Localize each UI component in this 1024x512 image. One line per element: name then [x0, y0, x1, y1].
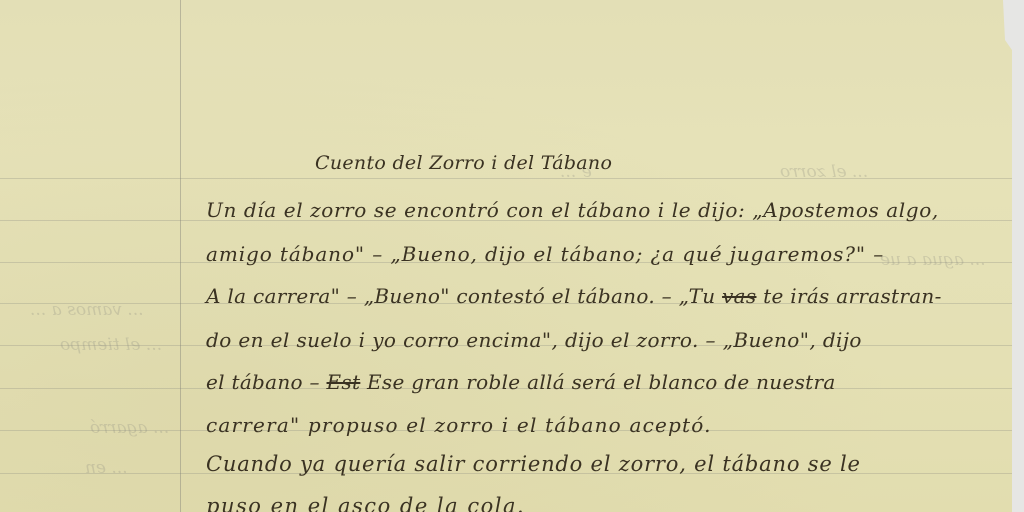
margin-line: [180, 0, 181, 512]
manuscript-line-6: carrera" propuso el zorro i el tábano ac…: [206, 413, 712, 437]
manuscript-title: Cuento del Zorro i del Tábano: [315, 152, 612, 174]
manuscript-line-4: do en el suelo i yo corro encima", dijo …: [206, 328, 862, 352]
manuscript-line-5-text: el tábano –: [206, 370, 320, 394]
manuscript-line-3: A la carrera" – „Bueno" contestó el tába…: [206, 284, 942, 308]
bleed-through-text: ... agua a ue: [880, 250, 986, 270]
bleed-through-text: ... en: [85, 458, 128, 478]
manuscript-line-5: el tábano – Est Ese gran roble allá será…: [206, 370, 836, 394]
manuscript-line-3-continued: te irás arrastran-: [763, 284, 942, 308]
bleed-through-text: ... vamos a ...: [30, 300, 144, 320]
bleed-through-text: ... el tiempo: [60, 335, 162, 355]
manuscript-line-7: Cuando ya quería salir corriendo el zorr…: [206, 452, 861, 476]
manuscript-line-1: Un día el zorro se encontró con el tában…: [206, 198, 939, 222]
bleed-through-text: ... el zorro: [780, 162, 868, 182]
manuscript-line-2: amigo tábano" – „Bueno, dijo el tábano; …: [206, 242, 884, 266]
manuscript-page: e ... ... el zorro ... agua a ue ... vam…: [0, 0, 1012, 512]
bleed-through-text: ... agarró: [90, 418, 169, 438]
struck-word: vas: [722, 284, 756, 308]
struck-word: Est: [327, 370, 361, 394]
manuscript-line-8: puso en el asco de la cola.: [206, 494, 525, 512]
manuscript-line-3-text: A la carrera" – „Bueno" contestó el tába…: [206, 284, 715, 308]
manuscript-line-5-continued: Ese gran roble allá será el blanco de nu…: [367, 370, 836, 394]
document-viewer: e ... ... el zorro ... agua a ue ... vam…: [0, 0, 1024, 512]
